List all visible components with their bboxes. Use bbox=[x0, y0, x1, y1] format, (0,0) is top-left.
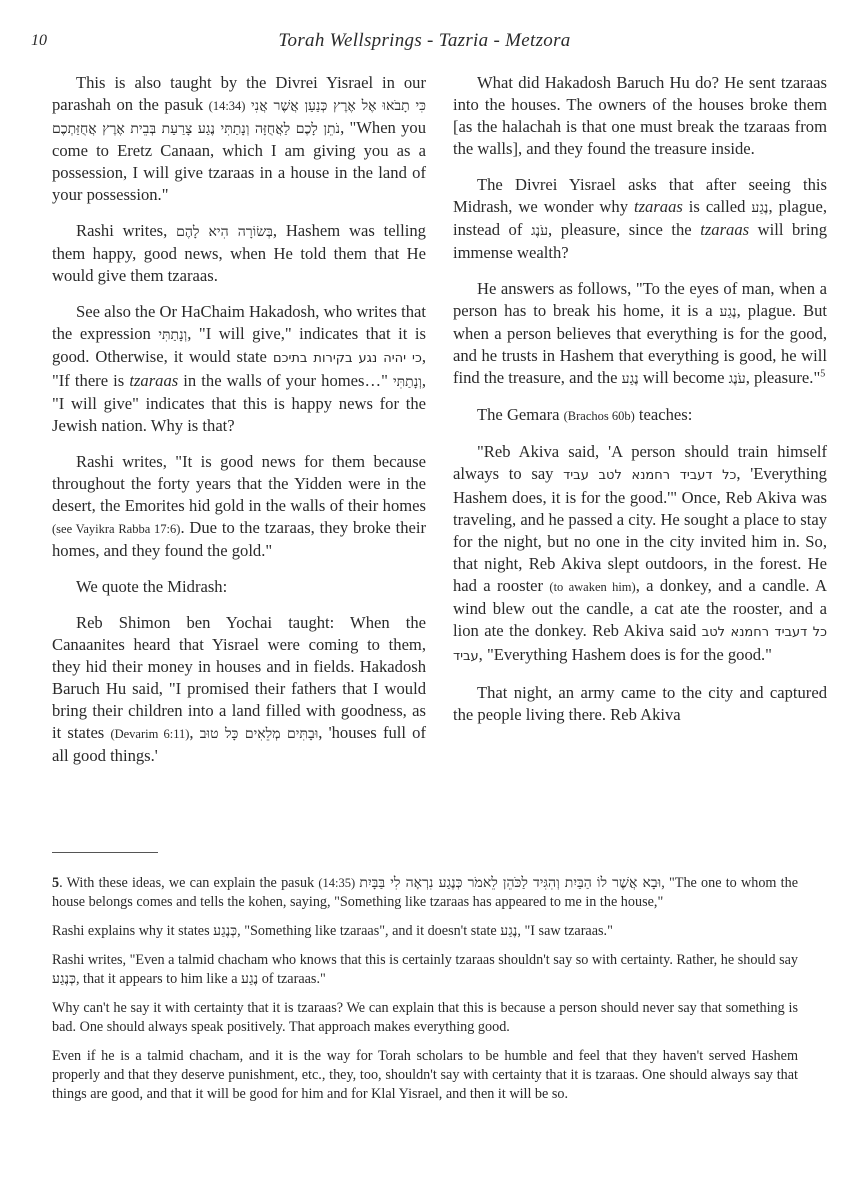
footnotes: 5. With these ideas, we can explain the … bbox=[52, 874, 798, 1114]
paragraph: Reb Shimon ben Yochai taught: When the C… bbox=[52, 612, 426, 767]
citation: (to awaken him) bbox=[549, 580, 635, 594]
hebrew-quote: עֹנֶג bbox=[531, 223, 548, 239]
hebrew-quote: נֶגַע bbox=[241, 971, 258, 987]
running-title: Torah Wellsprings - Tazria - Metzora bbox=[0, 30, 849, 52]
text: Rashi writes, "Even a talmid chacham who… bbox=[52, 952, 798, 968]
hebrew-quote: נֶגַע bbox=[751, 200, 768, 216]
paragraph: He answers as follows, "To the eyes of m… bbox=[453, 278, 827, 390]
footnote-paragraph: Rashi writes, "Even a talmid chacham who… bbox=[52, 951, 798, 989]
text: . With these ideas, we can explain the p… bbox=[59, 875, 318, 891]
text: , "Everything Hashem does is for the goo… bbox=[479, 645, 772, 664]
footnote: 5. With these ideas, we can explain the … bbox=[52, 874, 798, 912]
hebrew-quote: וְנָתַתִּי bbox=[393, 374, 422, 390]
page-header: 10 Torah Wellsprings - Tazria - Metzora bbox=[0, 30, 849, 60]
paragraph: The Divrei Yisrael asks that after seein… bbox=[453, 174, 827, 264]
paragraph: The Gemara (Brachos 60b) teaches: bbox=[453, 404, 827, 427]
text: in the walls of your homes…" bbox=[178, 371, 393, 390]
text: will become bbox=[639, 368, 729, 387]
text: The Gemara bbox=[477, 405, 564, 424]
hebrew-quote: נֶגַע bbox=[500, 923, 517, 939]
text: , pleasure, since the bbox=[548, 220, 700, 239]
paragraph: "Reb Akiva said, 'A person should train … bbox=[453, 441, 827, 668]
footnote-separator bbox=[52, 852, 158, 853]
hebrew-quote: וּבָא אֲשֶׁר לוֹ הַבַּיִת וְהִגִּיד לַכֹ… bbox=[359, 875, 661, 891]
hebrew-quote: עֹנֶג bbox=[729, 371, 746, 387]
citation: (Brachos 60b) bbox=[564, 409, 635, 423]
hebrew-quote: בְּשׂוֹרָה הִיא לָהֶם bbox=[176, 224, 273, 240]
hebrew-quote: כי יהיה נגע בקירות בתיכם bbox=[273, 351, 422, 366]
footnote-paragraph: Why can't he say it with certainty that … bbox=[52, 999, 798, 1037]
citation: (see Vayikra Rabba 17:6) bbox=[52, 522, 180, 536]
paragraph: That night, an army came to the city and… bbox=[453, 682, 827, 726]
left-column: This is also taught by the Divrei Yisrae… bbox=[52, 72, 426, 781]
hebrew-quote: וְנָתַתִּי bbox=[158, 327, 187, 343]
text: of tzaraas." bbox=[258, 971, 326, 987]
hebrew-quote: וּבָתִּים מְלֵאִים כָּל טוּב bbox=[200, 726, 319, 742]
hebrew-quote: נֶגַע bbox=[622, 371, 639, 387]
text: Rashi writes, bbox=[76, 221, 176, 240]
footnote-reference[interactable]: 5 bbox=[820, 368, 825, 379]
italic-term: tzaraas bbox=[129, 371, 178, 390]
text: teaches: bbox=[635, 405, 693, 424]
hebrew-quote: כל דעביד רחמנא לטב עביד bbox=[563, 468, 736, 483]
paragraph: This is also taught by the Divrei Yisrae… bbox=[52, 72, 426, 206]
text: , "I saw tzaraas." bbox=[517, 923, 612, 939]
paragraph: Rashi writes, "It is good news for them … bbox=[52, 451, 426, 562]
paragraph: See also the Or HaChaim Hakadosh, who wr… bbox=[52, 301, 426, 437]
italic-term: tzaraas bbox=[700, 220, 749, 239]
citation: (14:34) bbox=[209, 99, 246, 113]
text: , that it appears to him like a bbox=[76, 971, 241, 987]
italic-term: tzaraas bbox=[634, 197, 683, 216]
footnote-paragraph: Even if he is a talmid chacham, and it i… bbox=[52, 1047, 798, 1104]
hebrew-quote: נֶגַע bbox=[720, 304, 737, 320]
text: , "Something like tzaraas", and it doesn… bbox=[237, 923, 500, 939]
text: , pleasure." bbox=[746, 368, 821, 387]
footnote-paragraph: Rashi explains why it states כְּנֶגַע, "… bbox=[52, 922, 798, 941]
citation: (Devarim 6:11) bbox=[110, 727, 189, 741]
citation: (14:35) bbox=[318, 876, 355, 890]
hebrew-quote: כְּנֶגַע bbox=[52, 971, 76, 987]
text: is called bbox=[683, 197, 752, 216]
paragraph: What did Hakadosh Baruch Hu do? He sent … bbox=[453, 72, 827, 160]
body-columns: This is also taught by the Divrei Yisrae… bbox=[52, 72, 827, 781]
text: Rashi explains why it states bbox=[52, 923, 213, 939]
paragraph: Rashi writes, בְּשׂוֹרָה הִיא לָהֶם, Has… bbox=[52, 220, 426, 287]
right-column: What did Hakadosh Baruch Hu do? He sent … bbox=[453, 72, 827, 781]
paragraph: We quote the Midrash: bbox=[52, 576, 426, 598]
text: Rashi writes, "It is good news for them … bbox=[52, 452, 426, 515]
hebrew-quote: כְּנֶגַע bbox=[213, 923, 237, 939]
